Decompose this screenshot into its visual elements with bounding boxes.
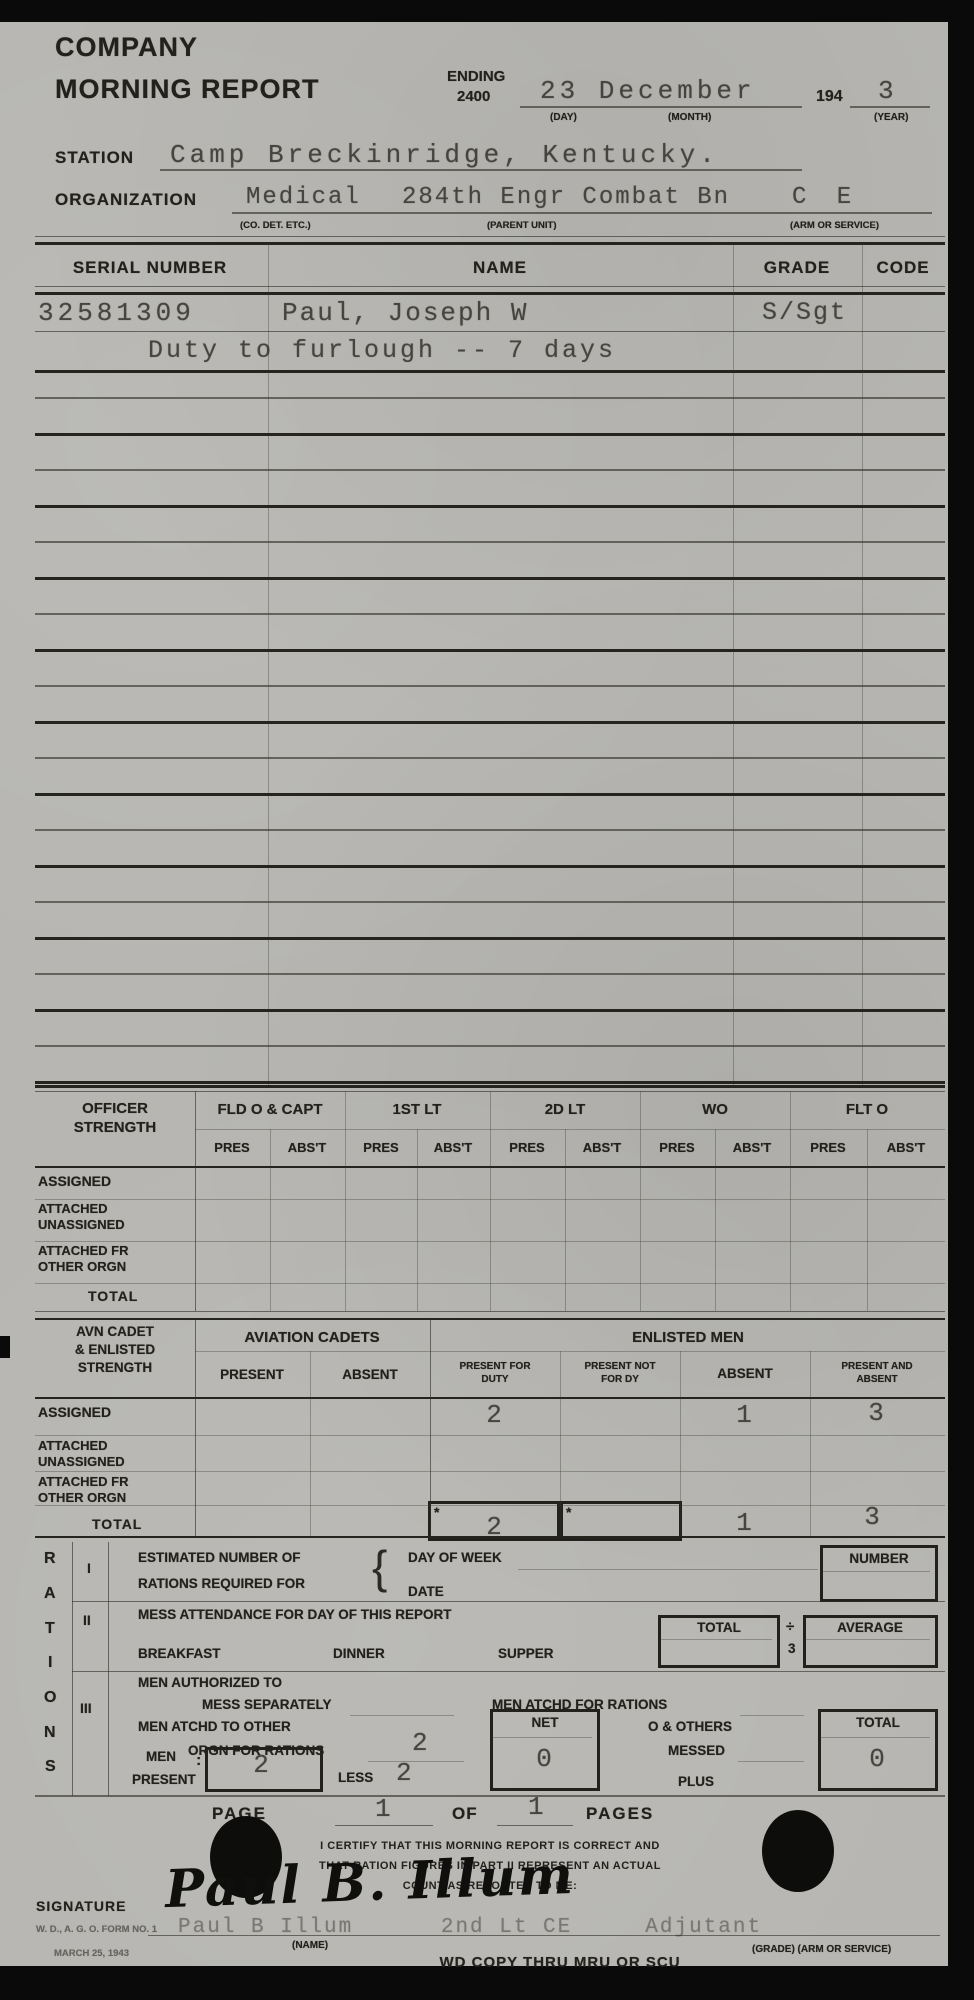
rule-line <box>35 286 945 287</box>
rule-line <box>195 1351 945 1352</box>
rule-line <box>35 433 945 436</box>
assigned-absent-value: 1 <box>736 1400 754 1430</box>
form-number: W. D., A. G. O. FORM NO. 1 <box>36 1924 157 1935</box>
column-divider <box>270 1129 271 1311</box>
rule-line <box>160 169 802 171</box>
pres-header: PRES <box>363 1140 398 1155</box>
less-label: LESS <box>338 1770 373 1785</box>
column-divider <box>108 1542 109 1796</box>
column-divider <box>345 1091 346 1311</box>
col-code: CODE <box>876 258 929 278</box>
col-name: NAME <box>473 258 527 278</box>
rule-line <box>350 1715 454 1716</box>
rule-line <box>740 1715 804 1716</box>
column-divider <box>430 1318 431 1536</box>
rule-line <box>335 1825 433 1826</box>
enlisted-row-attached-fr: ATTACHED FR OTHER ORGN <box>38 1474 160 1506</box>
men-label: MEN <box>146 1749 176 1764</box>
net-value: 0 <box>536 1744 554 1774</box>
mess-separately-label: MESS SEPARATELY <box>202 1697 332 1712</box>
estimated-rations-label-2: RATIONS REQUIRED FOR <box>138 1576 305 1591</box>
breakfast-label: BREAKFAST <box>138 1646 221 1661</box>
name-sublabel: (NAME) <box>292 1940 328 1951</box>
rule-line <box>35 1045 945 1047</box>
officer-row-attached-unassigned: ATTACHED UNASSIGNED <box>38 1201 160 1233</box>
rule-line <box>35 397 945 399</box>
ending-label: ENDING <box>447 68 505 85</box>
rule-line <box>35 685 945 687</box>
column-divider <box>195 1091 196 1311</box>
abst-header: ABS'T <box>733 1140 771 1155</box>
number-label: NUMBER <box>849 1551 908 1566</box>
rule-line <box>35 292 945 295</box>
rule-line <box>368 1761 464 1762</box>
col-absent: ABSENT <box>717 1366 773 1381</box>
rule-line <box>660 1639 772 1640</box>
rule-line <box>35 757 945 759</box>
column-divider <box>715 1129 716 1311</box>
ending-time: 2400 <box>457 88 490 105</box>
o-and-others-label: O & OTHERS <box>648 1719 732 1734</box>
enlisted-header-2: & ENLISTED <box>75 1342 155 1357</box>
month-sublabel: (MONTH) <box>668 112 711 123</box>
column-divider <box>680 1351 681 1536</box>
col-grade: GRADE <box>764 258 830 278</box>
enlisted-row-attached-unassigned: ATTACHED UNASSIGNED <box>38 1438 160 1470</box>
parent-unit-sublabel: (PARENT UNIT) <box>487 220 556 231</box>
rule-line <box>35 577 945 580</box>
rule-line <box>35 793 945 796</box>
rule-line <box>35 1536 945 1538</box>
rule-line <box>35 505 945 508</box>
net-label: NET <box>532 1715 559 1730</box>
rations-letter: N <box>44 1724 56 1742</box>
day-sublabel: (DAY) <box>550 112 577 123</box>
column-divider <box>310 1351 311 1536</box>
rule-line <box>35 1009 945 1012</box>
men-authorized-label: MEN AUTHORIZED TO <box>138 1675 282 1690</box>
present-label: PRESENT <box>132 1772 196 1787</box>
brace-glyph: { <box>372 1540 387 1594</box>
column-divider <box>560 1351 561 1536</box>
rations-letter: T <box>45 1620 55 1638</box>
group-aviation-cadets: AVIATION CADETS <box>244 1329 379 1346</box>
rule-line <box>232 212 932 214</box>
supper-label: SUPPER <box>498 1646 554 1661</box>
asterisk-mark: * <box>434 1504 439 1520</box>
organization-co: Medical <box>246 184 361 211</box>
average-label: AVERAGE <box>837 1620 903 1635</box>
rule-line <box>35 1505 945 1506</box>
rule-line <box>35 721 945 724</box>
form-date: MARCH 25, 1943 <box>54 1948 129 1959</box>
rule-line <box>195 1129 945 1130</box>
year-sublabel: (YEAR) <box>874 112 908 123</box>
group-wo: WO <box>702 1101 728 1118</box>
group-flt-o: FLT O <box>846 1101 888 1118</box>
abst-header: ABS'T <box>887 1140 925 1155</box>
column-divider <box>268 244 269 1085</box>
form-title-line1: COMPANY <box>55 32 198 63</box>
divide-sign: ÷ <box>786 1618 794 1635</box>
col-present-and-absent: PRESENT AND ABSENT <box>831 1360 923 1386</box>
abst-header: ABS'T <box>434 1140 472 1155</box>
signature-label: SIGNATURE <box>36 1898 126 1914</box>
men-atchd-other-label: MEN ATCHD TO OTHER <box>138 1719 291 1734</box>
pages-label: PAGES <box>586 1804 654 1824</box>
entry-grade: S/Sgt <box>762 298 847 327</box>
rations-total-value: 0 <box>869 1744 887 1774</box>
rule-line <box>35 1085 945 1088</box>
rule-line <box>518 1569 818 1570</box>
rule-line <box>738 1761 804 1762</box>
mess-total-label: TOTAL <box>697 1620 741 1635</box>
year-prefix: 194 <box>816 88 843 106</box>
organization-label: ORGANIZATION <box>55 190 197 210</box>
wd-copy-label: WD COPY THRU MRU OR SCU <box>439 1954 680 1971</box>
rations-letter: A <box>44 1585 56 1603</box>
dinner-label: DINNER <box>333 1646 385 1661</box>
rule-line <box>35 1397 945 1399</box>
rule-line <box>35 370 945 373</box>
abst-header: ABS'T <box>288 1140 326 1155</box>
officer-row-assigned: ASSIGNED <box>38 1173 111 1189</box>
col-serial-number: SERIAL NUMBER <box>73 258 227 278</box>
rule-line <box>35 973 945 975</box>
year-value: 3 <box>878 76 896 106</box>
rations-letter: S <box>45 1758 56 1776</box>
rule-line <box>820 1737 930 1738</box>
column-divider <box>733 244 734 1085</box>
divisor: 3 <box>788 1641 796 1656</box>
rule-line <box>35 242 945 245</box>
enlisted-header-1: AVN CADET <box>76 1324 154 1339</box>
rations-numeral-ii: II <box>83 1612 91 1628</box>
asterisk-mark: * <box>566 1504 571 1520</box>
rule-line <box>35 1795 945 1797</box>
col-cadets-absent: ABSENT <box>342 1367 398 1382</box>
rations-letter: R <box>44 1550 56 1568</box>
date-label: DATE <box>408 1584 444 1599</box>
rations-total-label: TOTAL <box>856 1715 900 1730</box>
station-value: Camp Breckinridge, Kentucky. <box>170 140 719 170</box>
total-present-and-absent-value: 3 <box>864 1502 882 1532</box>
rule-line <box>148 1935 940 1936</box>
col-present-not-for-dy: PRESENT NOT FOR DY <box>574 1360 666 1386</box>
rule-line <box>35 649 945 652</box>
less-value: 2 <box>396 1758 414 1788</box>
total-present-not-for-dy-box <box>560 1501 682 1541</box>
officer-strength-header-1: OFFICER <box>82 1100 148 1117</box>
pres-header: PRES <box>810 1140 845 1155</box>
entry-name: Paul, Joseph W <box>282 298 528 328</box>
officer-row-attached-fr: ATTACHED FR OTHER ORGN <box>38 1243 160 1275</box>
organization-parent: 284th Engr Combat Bn <box>402 184 730 211</box>
rule-line <box>35 937 945 940</box>
rule-line <box>492 1737 592 1738</box>
rule-line <box>35 1081 945 1084</box>
column-divider <box>417 1129 418 1311</box>
entry-serial: 32581309 <box>38 298 195 328</box>
column-divider <box>565 1129 566 1311</box>
col-present-for-duty: PRESENT FOR DUTY <box>449 1360 541 1386</box>
officer-strength-header-2: STRENGTH <box>74 1119 157 1136</box>
rations-numeral-i: I <box>87 1560 91 1576</box>
enlisted-header-3: STRENGTH <box>78 1360 152 1375</box>
column-divider <box>195 1318 196 1536</box>
rule-line <box>35 541 945 543</box>
day-of-week-label: DAY OF WEEK <box>408 1550 502 1565</box>
pres-header: PRES <box>509 1140 544 1155</box>
column-divider <box>640 1091 641 1311</box>
scan-edge-bottom <box>0 1966 974 2000</box>
rule-line <box>35 1435 945 1436</box>
orgn-for-rations-value: 2 <box>412 1728 430 1758</box>
rule-line <box>520 106 802 108</box>
group-1st-lt: 1ST LT <box>393 1101 442 1118</box>
scan-edge-right <box>948 0 974 2000</box>
arm-service-sublabel: (ARM OR SERVICE) <box>790 220 879 231</box>
rule-line <box>850 106 930 108</box>
scan-artifact <box>0 1336 10 1358</box>
estimated-rations-label-1: ESTIMATED NUMBER OF <box>138 1550 301 1565</box>
entry-remark: Duty to furlough -- 7 days <box>148 336 616 365</box>
morning-report-scan: COMPANY MORNING REPORT ENDING 2400 23 De… <box>0 0 974 2000</box>
form-title-line2: MORNING REPORT <box>55 74 320 105</box>
rule-line <box>35 1318 945 1320</box>
officer-row-total: TOTAL <box>88 1288 138 1304</box>
grade-arm-sublabel: (GRADE) (ARM OR SERVICE) <box>752 1944 891 1955</box>
column-divider <box>810 1351 811 1536</box>
column-divider <box>790 1091 791 1311</box>
group-2d-lt: 2D LT <box>545 1101 586 1118</box>
assigned-present-for-duty-value: 2 <box>486 1400 504 1430</box>
group-enlisted-men: ENLISTED MEN <box>632 1329 744 1346</box>
rule-line <box>35 331 945 332</box>
scan-edge-top <box>0 0 974 22</box>
column-divider <box>490 1091 491 1311</box>
col-cadets-present: PRESENT <box>220 1367 284 1382</box>
co-det-sublabel: (CO. DET. ETC.) <box>240 220 311 231</box>
rule-line <box>35 613 945 615</box>
total-absent-value: 1 <box>736 1508 754 1538</box>
date-value: 23 December <box>540 76 756 106</box>
plus-label: PLUS <box>678 1774 714 1789</box>
rule-line <box>822 1571 930 1572</box>
assigned-present-and-absent-value: 3 <box>868 1398 886 1428</box>
station-label: STATION <box>55 148 134 168</box>
rule-line <box>35 236 945 237</box>
rule-line <box>35 1471 945 1472</box>
organization-arm: C E <box>792 184 859 211</box>
column-divider <box>862 244 863 1085</box>
rations-numeral-iii: III <box>80 1700 92 1716</box>
abst-header: ABS'T <box>583 1140 621 1155</box>
handwritten-signature: Paul B. Illum <box>164 1845 576 1920</box>
rule-line <box>72 1671 945 1672</box>
page-value: 1 <box>375 1794 393 1824</box>
mess-attendance-label: MESS ATTENDANCE FOR DAY OF THIS REPORT <box>138 1607 452 1622</box>
column-divider <box>867 1129 868 1311</box>
of-label: OF <box>452 1804 478 1824</box>
rations-letter: I <box>48 1654 52 1672</box>
rule-line <box>35 469 945 471</box>
enlisted-row-assigned: ASSIGNED <box>38 1404 111 1420</box>
rule-line <box>35 865 945 868</box>
rule-line <box>35 829 945 831</box>
men-present-value: 2 <box>253 1750 271 1780</box>
column-divider <box>72 1542 73 1796</box>
rule-line <box>35 1311 945 1312</box>
pres-header: PRES <box>214 1140 249 1155</box>
rule-line <box>35 901 945 903</box>
rule-line <box>72 1601 945 1602</box>
enlisted-row-total: TOTAL <box>92 1516 142 1532</box>
rule-line <box>497 1825 573 1826</box>
group-fld-o-capt: FLD O & CAPT <box>218 1101 323 1118</box>
colon-mark: : <box>196 1752 201 1770</box>
rations-letter: O <box>44 1689 56 1707</box>
punch-hole-right <box>762 1810 834 1892</box>
messed-label: MESSED <box>668 1743 725 1758</box>
rule-line <box>805 1639 930 1640</box>
pres-header: PRES <box>659 1140 694 1155</box>
